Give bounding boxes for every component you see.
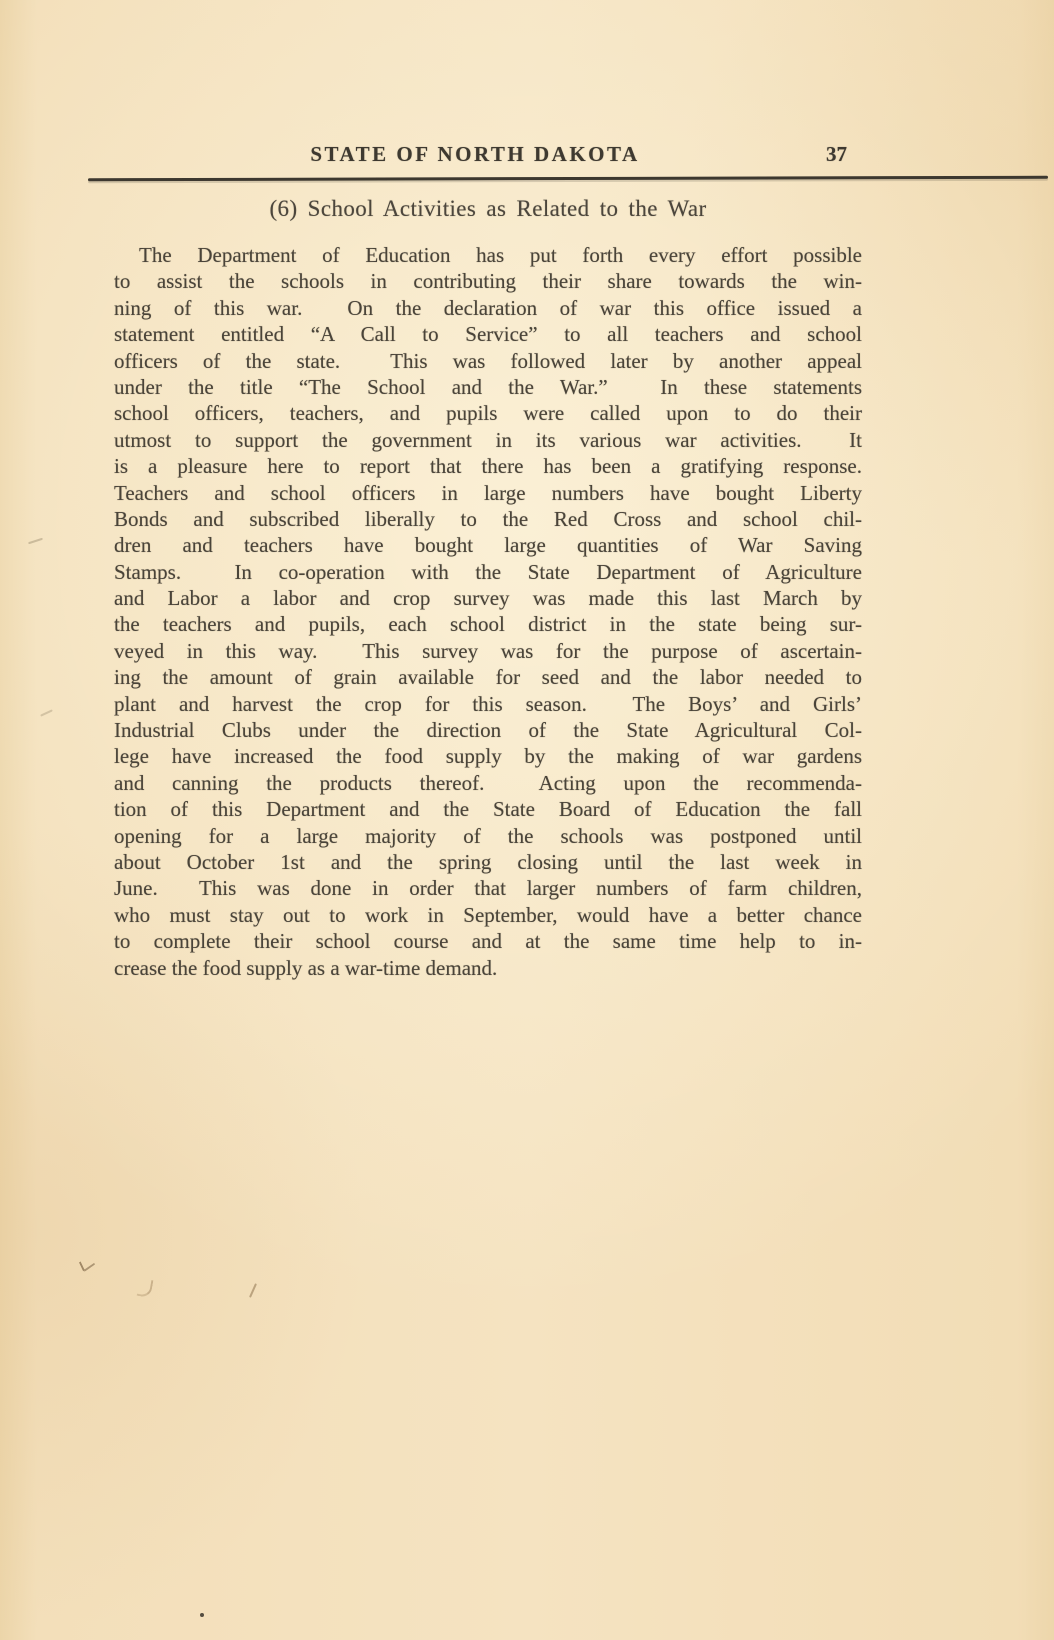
running-title: STATE OF NORTH DAKOTA <box>100 142 850 167</box>
paragraph-line: and canning the products thereof. Acting… <box>114 770 862 796</box>
paragraph-line: Stamps. In co-operation with the State D… <box>114 559 862 585</box>
paragraph-line: crease the food supply as a war-time dem… <box>114 955 862 981</box>
section-heading: (6) School Activities as Related to the … <box>114 196 862 222</box>
paragraph-line: utmost to support the government in its … <box>114 427 862 453</box>
paragraph-line: the teachers and pupils, each school dis… <box>114 611 862 637</box>
paragraph-line: The Department of Education has put fort… <box>114 242 862 268</box>
paragraph-line: statement entitled “A Call to Service” t… <box>114 321 862 347</box>
paragraph-line: Industrial Clubs under the direction of … <box>114 717 862 743</box>
paragraph-line: veyed in this way. This survey was for t… <box>114 638 862 664</box>
ink-speck <box>200 1613 204 1617</box>
paragraph-line: dren and teachers have bought large quan… <box>114 532 862 558</box>
paragraph-line: under the title “The School and the War.… <box>114 374 862 400</box>
paragraph-line: officers of the state. This was followed… <box>114 348 862 374</box>
pencil-check-mark <box>79 1254 95 1272</box>
pencil-slash-mark <box>249 1283 257 1298</box>
paragraph-line: to complete their school course and at t… <box>114 928 862 954</box>
paragraph-line: and Labor a labor and crop survey was ma… <box>114 585 862 611</box>
paragraph-line: school officers, teachers, and pupils we… <box>114 400 862 426</box>
header-rule <box>88 176 1048 182</box>
page-number: 37 <box>826 142 847 167</box>
paragraph-line: lege have increased the food supply by t… <box>114 743 862 769</box>
paragraph-line: Teachers and school officers in large nu… <box>114 480 862 506</box>
paragraph-line: Bonds and subscribed liberally to the Re… <box>114 506 862 532</box>
scanned-page: STATE OF NORTH DAKOTA 37 (6) School Acti… <box>0 0 1054 1640</box>
paragraph-line: about October 1st and the spring closing… <box>114 849 862 875</box>
paragraph-line: ning of this war. On the declaration of … <box>114 295 862 321</box>
paragraph-line: ing the amount of grain available for se… <box>114 664 862 690</box>
paragraph-line: is a pleasure here to report that there … <box>114 453 862 479</box>
paragraph-line: plant and harvest the crop for this seas… <box>114 691 862 717</box>
body-paragraph: The Department of Education has put fort… <box>114 242 862 981</box>
paragraph-line: to assist the schools in contributing th… <box>114 268 862 294</box>
paragraph-line: June. This was done in order that larger… <box>114 875 862 901</box>
paragraph-line: tion of this Department and the State Bo… <box>114 796 862 822</box>
paragraph-line: who must stay out to work in September, … <box>114 902 862 928</box>
paragraph-line: opening for a large majority of the scho… <box>114 823 862 849</box>
paper-fiber-mark <box>28 538 43 545</box>
paper-fiber-mark <box>40 709 53 716</box>
pencil-curl-mark <box>137 1278 154 1298</box>
